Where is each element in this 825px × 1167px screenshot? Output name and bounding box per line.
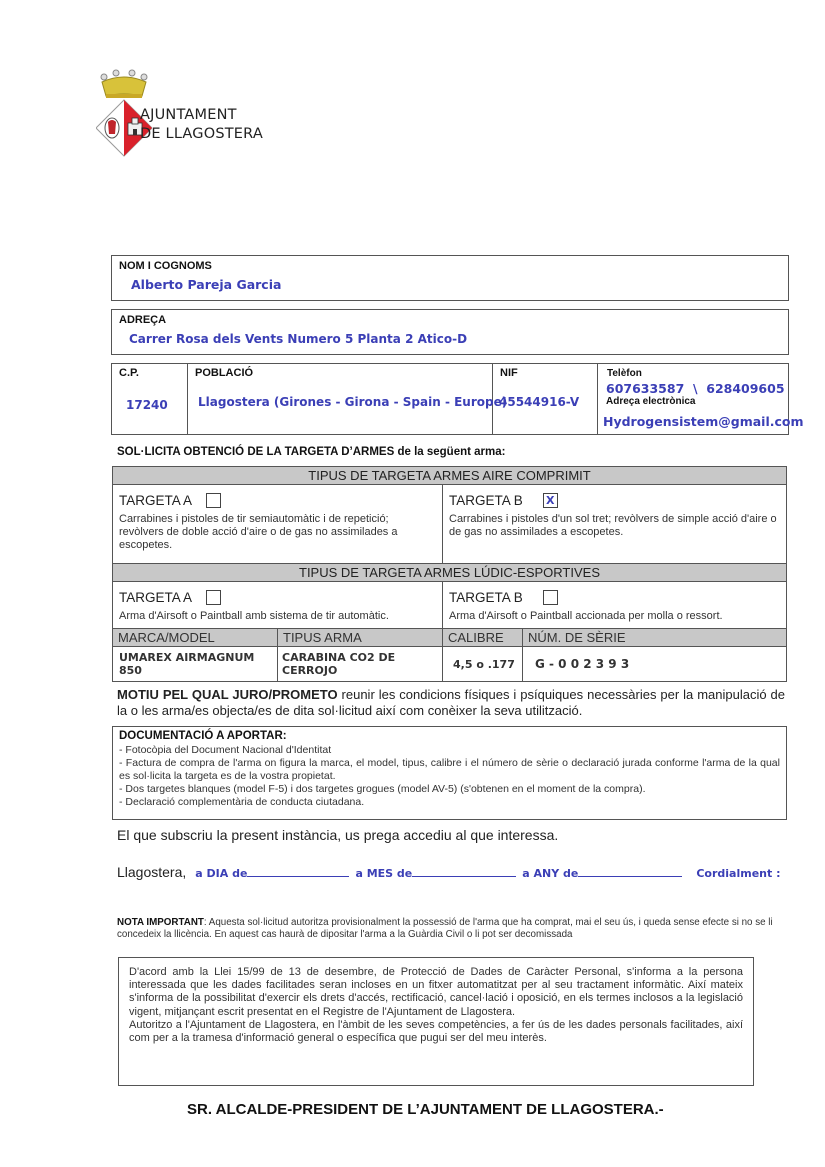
location-contact-row: C.P. 17240 POBLACIÓ Llagostera (Girones … — [111, 363, 789, 435]
date-line: Llagostera, a DIA de a MES de a ANY de C… — [117, 864, 781, 880]
compressed-air-card-a-checkbox[interactable] — [206, 493, 221, 508]
compressed-air-card-b: TARGETA B X Carrabines i pistoles d'un s… — [442, 485, 786, 563]
name-label: NOM I COGNOMS — [119, 260, 212, 272]
recreational-header: TIPUS DE TARGETA ARMES LÚDIC-ESPORTIVES — [113, 564, 786, 582]
weapon-values-row: UMAREX AIRMAGNUM 850 CARABINA CO2 DE CER… — [113, 647, 786, 681]
brand-model-value[interactable]: UMAREX AIRMAGNUM 850 — [113, 647, 277, 681]
address-field[interactable]: ADREÇA Carrer Rosa dels Vents Numero 5 P… — [111, 309, 789, 355]
column-caliber: CALIBRE — [442, 629, 522, 646]
privacy-notice: D'acord amb la Llei 15/99 de 13 de desem… — [118, 957, 754, 1086]
caliber-value[interactable]: 4,5 o .177 — [442, 647, 522, 681]
phone-value[interactable]: 607633587 \ 628409605 — [606, 381, 785, 396]
address-value: Carrer Rosa dels Vents Numero 5 Planta 2… — [129, 332, 467, 346]
column-brand-model: MARCA/MODEL — [113, 629, 277, 646]
addressee: SR. ALCALDE-PRESIDENT DE L’AJUNTAMENT DE… — [187, 1101, 664, 1118]
cp-label: C.P. — [119, 367, 139, 379]
documents-item: - Declaració complementària de conducta … — [119, 796, 780, 809]
weapon-card-table: TIPUS DE TARGETA ARMES AIRE COMPRIMIT TA… — [112, 466, 787, 682]
year-field[interactable] — [578, 864, 682, 877]
nif-label: NIF — [500, 367, 518, 379]
column-weapon-type: TIPUS ARMA — [277, 629, 442, 646]
month-field[interactable] — [412, 864, 516, 877]
weapon-type-value[interactable]: CARABINA CO2 DE CERROJO — [277, 647, 442, 681]
request-statement: El que subscriu la present instància, us… — [117, 827, 558, 843]
nif-value[interactable]: 45544916-V — [499, 395, 579, 409]
town-label: POBLACIÓ — [195, 367, 253, 379]
phone-label: Telèfon — [607, 368, 642, 379]
privacy-paragraph: D'acord amb la Llei 15/99 de 13 de desem… — [129, 966, 743, 1019]
documents-title: DOCUMENTACIÓ A APORTAR: — [119, 730, 780, 742]
compressed-air-card-a: TARGETA A Carrabines i pistoles de tir s… — [113, 485, 442, 563]
column-serial-number: NÚM. DE SÈRIE — [522, 629, 786, 646]
email-value[interactable]: Hydrogensistem@gmail.com — [603, 414, 804, 429]
recreational-card-b: TARGETA B Arma d'Airsoft o Paintball acc… — [442, 582, 786, 628]
privacy-consent: Autoritzo a l'Ajuntament de Llagostera, … — [129, 1019, 743, 1045]
request-title: SOL·LICITA OBTENCIÓ DE LA TARGETA D’ARME… — [117, 446, 505, 458]
weapon-columns-header: MARCA/MODEL TIPUS ARMA CALIBRE NÚM. DE S… — [113, 629, 786, 647]
email-label: Adreça electrònica — [606, 396, 696, 407]
name-field[interactable]: NOM I COGNOMS Alberto Pareja Garcia — [111, 255, 789, 301]
organization-name: AJUNTAMENT DE LLAGOSTERA — [140, 106, 263, 144]
recreational-card-b-checkbox[interactable] — [543, 590, 558, 605]
compressed-air-card-b-checkbox[interactable]: X — [543, 493, 558, 508]
serial-number-value[interactable]: G - 0 0 2 3 9 3 — [522, 647, 786, 681]
recreational-card-a: TARGETA A Arma d'Airsoft o Paintball amb… — [113, 582, 442, 628]
town-value[interactable]: Llagostera (Girones - Girona - Spain - E… — [198, 395, 507, 409]
documents-item: - Factura de compra de l'arma on figura … — [119, 757, 780, 783]
compressed-air-header: TIPUS DE TARGETA ARMES AIRE COMPRIMIT — [113, 467, 786, 485]
address-label: ADREÇA — [119, 314, 166, 326]
name-value: Alberto Pareja Garcia — [131, 277, 281, 292]
cp-value[interactable]: 17240 — [126, 398, 168, 412]
documents-item: - Fotocòpia del Document Nacional d'Iden… — [119, 744, 780, 757]
oath-statement: MOTIU PEL QUAL JURO/PROMETO reunir les c… — [117, 687, 785, 719]
important-note: NOTA IMPORTANT: Aquesta sol·licitud auto… — [117, 917, 789, 941]
recreational-card-a-checkbox[interactable] — [206, 590, 221, 605]
day-field[interactable] — [247, 864, 349, 877]
documents-item: - Dos targetes blanques (model F-5) i do… — [119, 783, 780, 796]
documents-box: DOCUMENTACIÓ A APORTAR: - Fotocòpia del … — [112, 726, 787, 820]
